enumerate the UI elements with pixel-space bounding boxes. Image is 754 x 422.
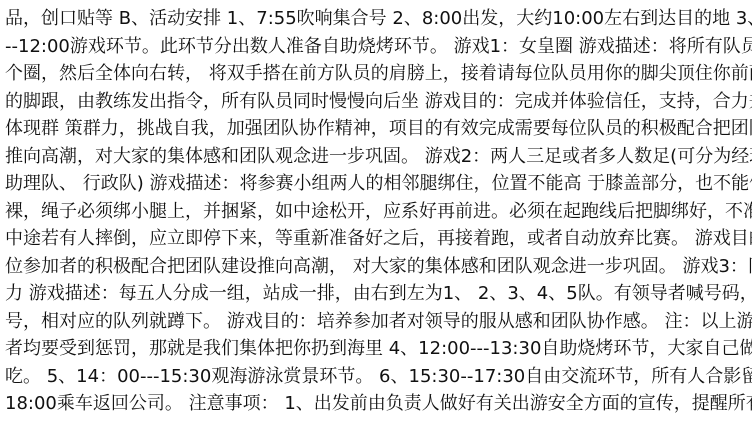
text-line: 力 游戏描述：每五人分成一组，站成一排，由右到左为1、 2、3、4、5队。有领导… bbox=[5, 280, 752, 308]
text-line: 18:00乘车返回公司。 注意事项： 1、出发前由负责人做好有关出游安全方面的宣… bbox=[5, 390, 752, 418]
text-line: 位参加者的积极配合把团队建设推向高潮， 对大家的集体感和团队观念进一步巩固。 游… bbox=[5, 253, 752, 281]
text-line: 品，创口贴等 B、活动安排 1、7:55吹响集合号 2、8:00出发，大约10:… bbox=[5, 5, 752, 33]
text-line: 助理队、 行政队) 游戏描述：将参赛小组两人的相邻腿绑住，位置不能高 于膝盖部分… bbox=[5, 170, 752, 198]
text-line: 推向高潮，对大家的集体感和团队观念进一步巩固。 游戏2：两人三足或者多人数足(可… bbox=[5, 143, 752, 171]
text-line: 裸，绳子必须绑小腿上，并捆紧，如中途松开，应系好再前进。必须在起跑线后把脚绑好，… bbox=[5, 198, 752, 226]
text-line: 个圈，然后全体向右转， 将双手搭在前方队员的肩膀上，接着请每位队员用你的脚尖顶住… bbox=[5, 60, 752, 88]
text-line: 吃。 5、14：00---15:30观海游泳赏景环节。 6、15:30--17:… bbox=[5, 363, 752, 391]
text-line: 的脚跟，由教练发出指令，所有队员同时慢慢向后坐 游戏目的：完成并体验信任，支持，… bbox=[5, 88, 752, 116]
text-line: 号，相对应的队列就蹲下。 游戏目的：培养参加者对领导的服从感和团队协作感。 注：… bbox=[5, 308, 752, 336]
document-text: 品，创口贴等 B、活动安排 1、7:55吹响集合号 2、8:00出发，大约10:… bbox=[0, 0, 754, 422]
text-line: --12:00游戏环节。此环节分出数人准备自助烧烤环节。 游戏1：女皇圈 游戏描… bbox=[5, 33, 752, 61]
text-line: 中途若有人摔倒，应立即停下来，等重新准备好之后，再接着跑，或者自动放弃比赛。 游… bbox=[5, 225, 752, 253]
text-line: 者均要受到惩罚，那就是我们集体把你扔到海里 4、12:00---13:30自助烧… bbox=[5, 335, 752, 363]
text-line: 体现群 策群力，挑战自我，加强团队协作精神，项目的有效完成需要每位队员的积极配合… bbox=[5, 115, 752, 143]
